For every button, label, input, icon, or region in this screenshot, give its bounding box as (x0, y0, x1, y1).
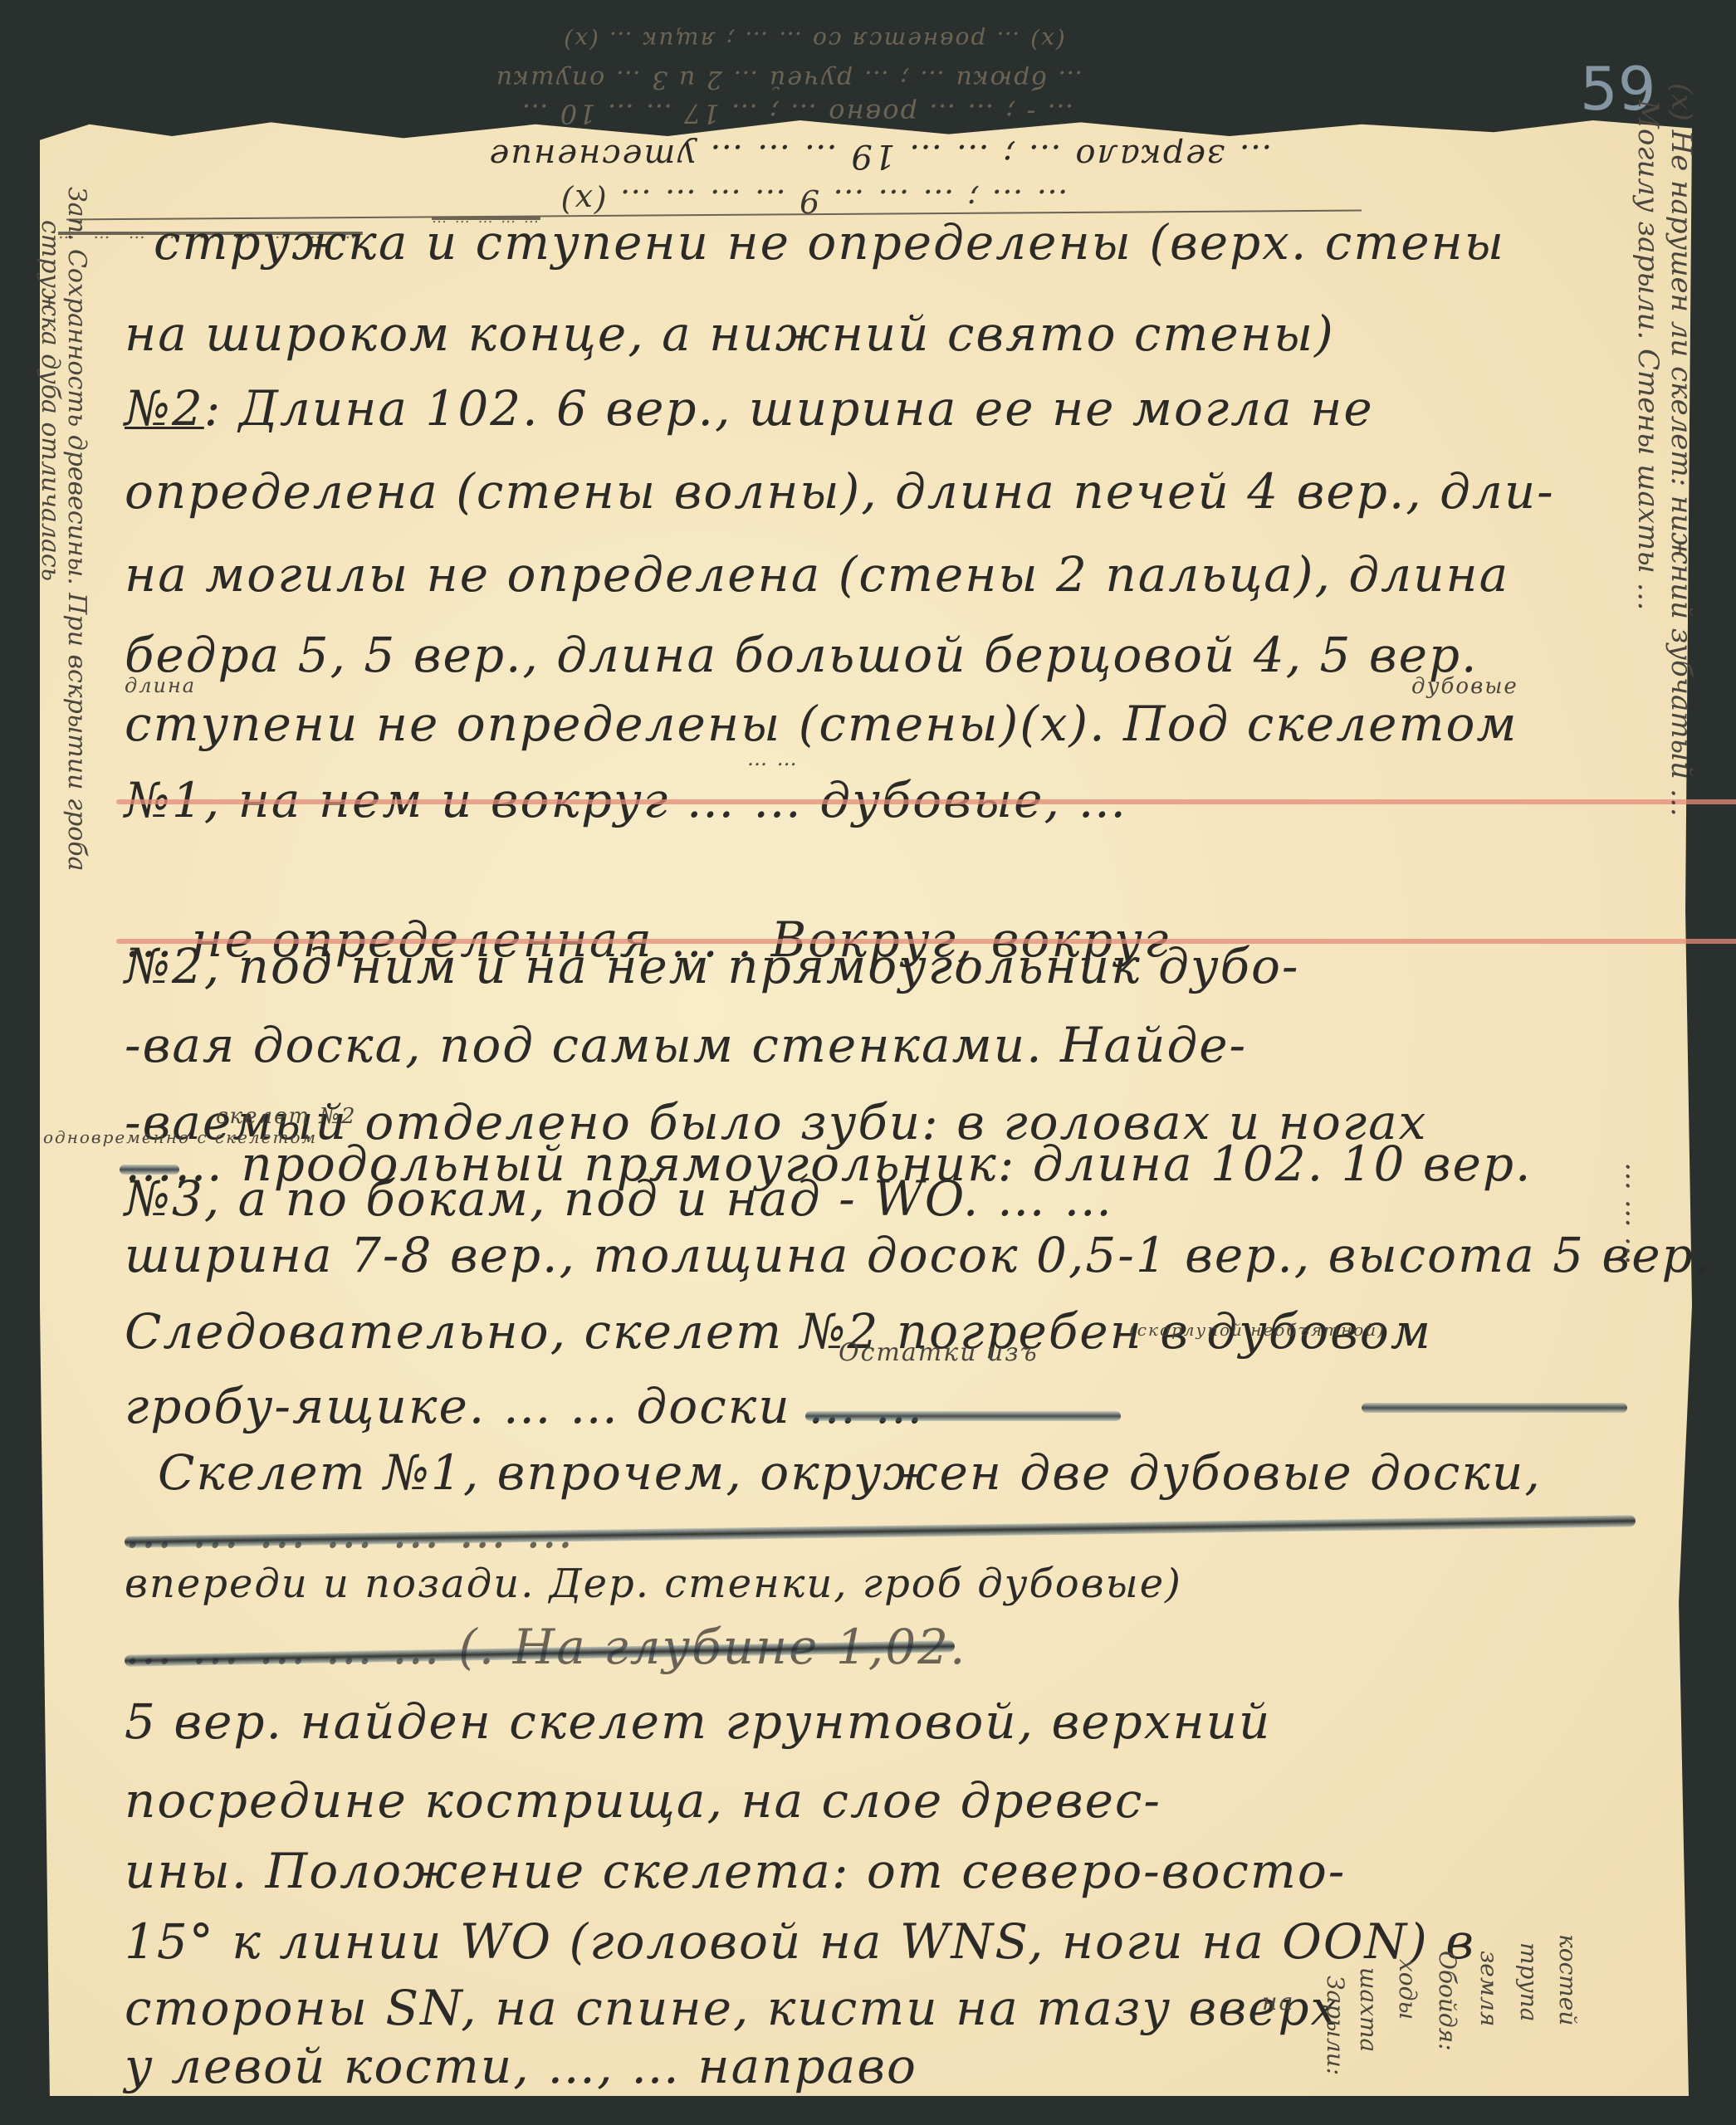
bottom-note-3: ходы (1394, 1959, 1421, 2020)
superscript-dlina: длина (125, 674, 196, 697)
blue-strike-word: … (125, 1136, 174, 1192)
note-parenthetical: (скорлупой необъятной) (1129, 1320, 1386, 1340)
manuscript-line-24: ины. Положение скелета: от северо-восто- (125, 1843, 1346, 1899)
upside-note-2: … брюки … ; … ручей … 2 и 3 … опушки (50, 65, 1528, 94)
manuscript-line-2: на широком конце, а нижний свято стены) (125, 305, 1335, 362)
manuscript-line-11: -вая доска, под самым стенками. Найде- (125, 1017, 1247, 1073)
manuscript-line-17: гробу-ящике. … … доски … … (125, 1378, 925, 1434)
right-margin-note-3: … … … (1619, 1162, 1652, 1265)
superscript-dubovye: дубовые (1411, 674, 1518, 699)
manuscript-line-4: определена (стены волны), длина печей 4 … (125, 463, 1555, 520)
bottom-note-4: Обойдя: (1434, 1951, 1461, 2051)
manuscript-line-27: у левой кости, …, … направо (125, 2038, 917, 2094)
manuscript-line-8: №1, на нем и вокруг … … дубовые, … (125, 772, 1736, 828)
manuscript-line-7: ступени не определены (стены)(x). Под ск… (125, 696, 1518, 752)
upside-note-4: … зеркало … ; … … 19 … … … утеснение (216, 137, 1544, 175)
manuscript-line-20: впереди и позади. Дер. стенки, гроб дубо… (125, 1561, 1182, 1607)
manuscript-line-15: ширина 7-8 вер., толщина досок 0,5-1 вер… (125, 1227, 1711, 1283)
manuscript-line-10: №2, под ним и на нем прямоугольник дубо- (125, 938, 1300, 994)
bottom-note-6: трупа (1515, 1942, 1543, 2021)
manuscript-line-26: стороны SN, на спине, кисти на тазу ввер… (125, 1980, 1339, 2036)
section-label-no2: №2 (125, 380, 204, 437)
manuscript-line-5: на могилы не определена (стены 2 пальца)… (125, 546, 1509, 603)
left-margin-note-2: стружка дуба отличалась (36, 220, 65, 581)
bottom-note-1: Зарыли: (1322, 1976, 1349, 2075)
right-margin-note-1: (x) Не нарушен ли скелет: нижний зубчаты… (1665, 83, 1698, 817)
right-margin-note-2: Могилу зарыли. Стены шахты … (1631, 100, 1665, 611)
superscript-line-9: … … (747, 747, 799, 770)
manuscript-line-3: №2№2: Длина 102. 6 вер., ширина ее не мо… (125, 380, 1374, 437)
blue-strike-1 (805, 1411, 1121, 1421)
left-margin-note-1: Зап. Сохранность древесины. При вскрытии… (62, 187, 91, 872)
manuscript-line-18: Скелет №1, впрочем, окружен две дубовые … (158, 1444, 1542, 1501)
manuscript-line-14: …… продольный прямоугольник: длина 102. … (125, 1136, 1532, 1192)
superscript-ostatki: Остатки изъ (839, 1338, 1039, 1367)
bottom-note-5: земля (1475, 1951, 1503, 2026)
bottom-note-2: шахта (1355, 1967, 1382, 2052)
line-3-rest: : Длина 102. 6 вер., ширина ее не могла … (204, 380, 1374, 437)
upside-note-1: (x) … ровнется со … … ; ящик … (x) (149, 27, 1478, 54)
upside-note-3: … - ; … … ровно … ; … 17 … … 10 … (50, 98, 1544, 129)
manuscript-line-22: 5 вер. найден скелет грунтовой, верхний (125, 1693, 1271, 1750)
manuscript-line-6: бедра 5, 5 вер., длина большой берцовой … (125, 627, 1478, 683)
bottom-note-7: костей (1554, 1934, 1582, 2025)
blue-strike-2 (1362, 1403, 1627, 1413)
superscript-skelet-no2: скелет №2 (216, 1104, 356, 1129)
manuscript-line-25: 15° к линии WO (головой на WNS, ноги на … (125, 1913, 1475, 1970)
superscript-na: на (1262, 1988, 1294, 2015)
manuscript-line-23: посредине кострища, на слое древес- (125, 1772, 1161, 1829)
manuscript-line-1: стружка и ступени не определены (верх. с… (154, 214, 1505, 271)
